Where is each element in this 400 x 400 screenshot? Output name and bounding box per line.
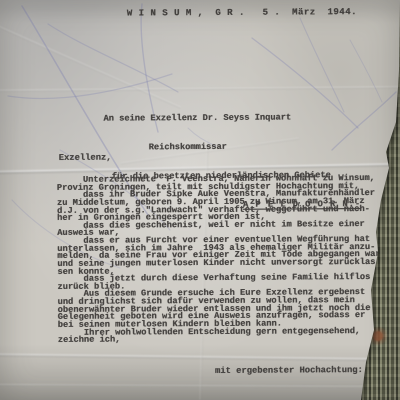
letter-body: Unterzeichnete F. Veenstra, Näherin wohn… xyxy=(57,175,381,345)
salutation: Exzellenz, xyxy=(59,153,112,163)
recipient-line-2: Reichskommissar xyxy=(149,142,361,153)
paper-wrapper: W I N S U M , G R . 5 . März 1944. An se… xyxy=(0,0,400,400)
letter-paper: W I N S U M , G R . 5 . März 1944. An se… xyxy=(0,0,400,400)
closing-line: mit ergebenster Hochachtung: xyxy=(215,365,363,376)
recipient-line-1: An seine Exzellenz Dr. Seyss Inquart xyxy=(103,113,360,124)
letter-content: W I N S U M , G R . 5 . März 1944. An se… xyxy=(0,0,400,400)
letter-dateline: W I N S U M , G R . 5 . März 1944. xyxy=(127,7,357,18)
letter-photo: W I N S U M , G R . 5 . März 1944. An se… xyxy=(0,0,400,400)
